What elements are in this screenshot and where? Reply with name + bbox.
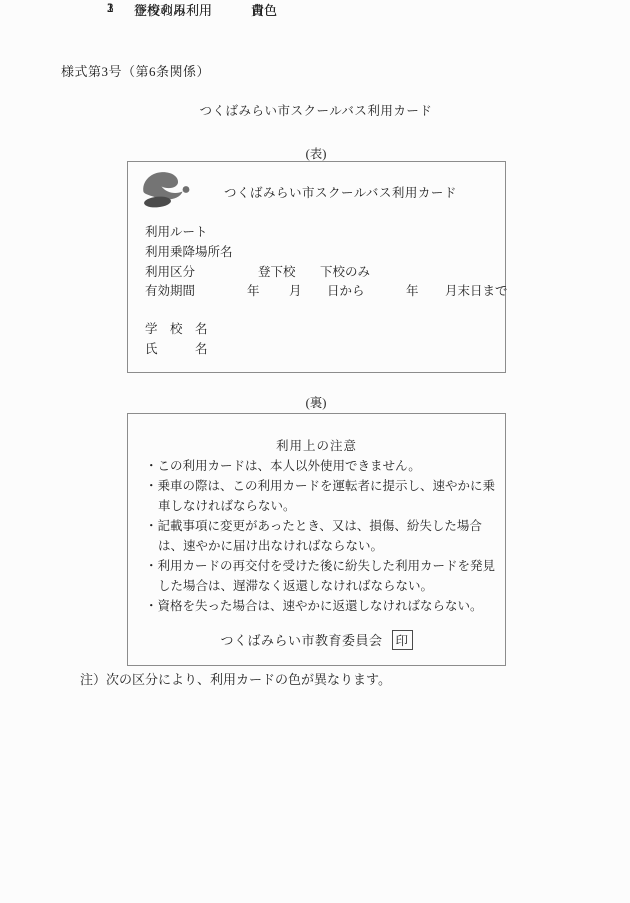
usage-notes-list: ・この利用カードは、本人以外使用できません。 ・乗車の際は、この利用カードを運転… [145,456,497,616]
card-front-title: つくばみらい市スクールバス利用カード [224,183,457,201]
usage-note-item: ・資格を失った場合は、速やかに返還しなければならない。 [158,596,497,616]
field-valid-period-label: 有効期間 [145,281,195,299]
usage-option-both-ways: 登下校 [258,262,296,280]
usage-note-item: ・記載事項に変更があったとき、又は、損傷、紛失した場合は、速やかに届け出なければ… [158,516,497,556]
valid-period-year2: 年 [406,281,419,299]
document-title: つくばみらい市スクールバス利用カード [127,101,505,119]
issuer-name: つくばみらい市教育委員会 [220,633,382,648]
valid-period-until: 月末日まで [445,281,508,299]
issuer-row: つくばみらい市教育委員会印 [128,630,505,650]
valid-period-year1: 年 [247,281,260,299]
back-side-label: (裏) [127,393,505,411]
seal-mark: 印 [392,630,413,650]
footnote-heading: 注）次の区分により、利用カードの色が異なります。 [80,669,391,688]
field-usage-category-label: 利用区分 [145,262,195,280]
card-front: つくばみらい市スクールバス利用カード 利用ルート 利用乗降場所名 利用区分 登下… [127,161,506,373]
footnote-item-name: 下校のみ利用 [134,0,212,19]
front-side-label: (表) [127,144,505,162]
usage-note-item: ・乗車の際は、この利用カードを運転者に提示し、速やかに乗車しなければならない。 [158,476,497,516]
tsukubamirai-city-logo-icon [140,170,190,210]
field-stop-name-label: 利用乗降場所名 [145,242,233,260]
usage-note-item: ・利用カードの再交付を受けた後に紛失した利用カードを発見した場合は、遅滞なく返還… [158,556,497,596]
form-number: 様式第3号（第6条関係） [61,61,210,80]
usage-note-item: ・この利用カードは、本人以外使用できません。 [158,456,497,476]
card-back: 利用上の注意 ・この利用カードは、本人以外使用できません。 ・乗車の際は、この利… [127,413,506,666]
footnote-item-number: 3 [107,0,114,16]
valid-period-from: 日から [327,281,365,299]
field-person-name-label: 氏 名 [145,339,208,357]
field-route-label: 利用ルート [145,222,208,240]
usage-option-return-only: 下校のみ [320,262,370,280]
valid-period-month1: 月 [289,281,302,299]
field-school-name-label: 学 校 名 [145,319,208,337]
footnote-item-color: 黄色 [251,0,277,19]
usage-notes-heading: 利用上の注意 [128,436,505,454]
